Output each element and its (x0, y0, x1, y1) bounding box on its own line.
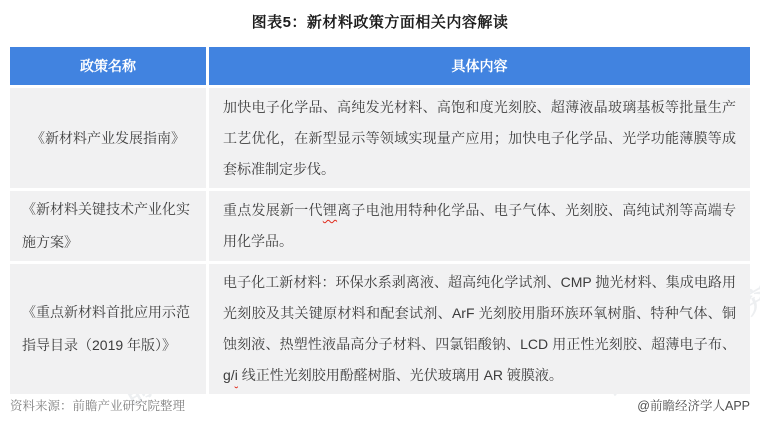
footer: 资料来源：前瞻产业研究院整理 @前瞻经济学人APP (10, 396, 750, 414)
column-header-content: 具体内容 (209, 47, 750, 85)
figure-page: 图表5：新材料政策方面相关内容解读 前瞻产业研究院 前瞻产业研究院 前瞻产业研究… (0, 0, 760, 428)
column-header-policy-name: 政策名称 (10, 47, 206, 85)
table-row-1-content: 加快电子化学品、高纯发光材料、高饱和度光刻胶、超薄液晶玻璃基板等批量生产工艺优化… (209, 88, 750, 188)
row-3-content-text: 电子化工新材料：环保水系剥离液、超高纯化学试剂、CMP 抛光材料、集成电路用光刻… (223, 267, 736, 391)
row-2-content-text: 重点发展新一代锂离子电池用特种化学品、电子气体、光刻胶、高纯试剂等高端专用化学品… (223, 195, 736, 257)
data-source-label: 资料来源：前瞻产业研究院整理 (10, 396, 185, 414)
app-credit-label: @前瞻经济学人APP (637, 396, 750, 414)
table-row-3-policy: 《重点新材料首批应用示范指导目录（2019 年版）》 (10, 264, 206, 394)
table-row-2-policy: 《新材料关键技术产业化实施方案》 (10, 191, 206, 261)
table-row-3-content: 电子化工新材料：环保水系剥离液、超高纯化学试剂、CMP 抛光材料、集成电路用光刻… (209, 264, 750, 394)
table-row-1-policy: 《新材料产业发展指南》 (10, 88, 206, 188)
page-title: 图表5：新材料政策方面相关内容解读 (0, 11, 760, 32)
table-row-2-content: 重点发展新一代锂离子电池用特种化学品、电子气体、光刻胶、高纯试剂等高端专用化学品… (209, 191, 750, 261)
row-2-spellcheck-underline: 锂 (323, 202, 337, 218)
policy-table: 政策名称 具体内容 《新材料产业发展指南》 加快电子化学品、高纯发光材料、高饱和… (10, 47, 750, 394)
row-1-content-text: 加快电子化学品、高纯发光材料、高饱和度光刻胶、超薄液晶玻璃基板等批量生产工艺优化… (223, 92, 736, 185)
row-3-text-post: 线正性光刻胶用酚醛树脂、光伏玻璃用 AR 镀膜液。 (238, 367, 563, 383)
row-2-text-pre: 重点发展新一代 (223, 202, 323, 218)
